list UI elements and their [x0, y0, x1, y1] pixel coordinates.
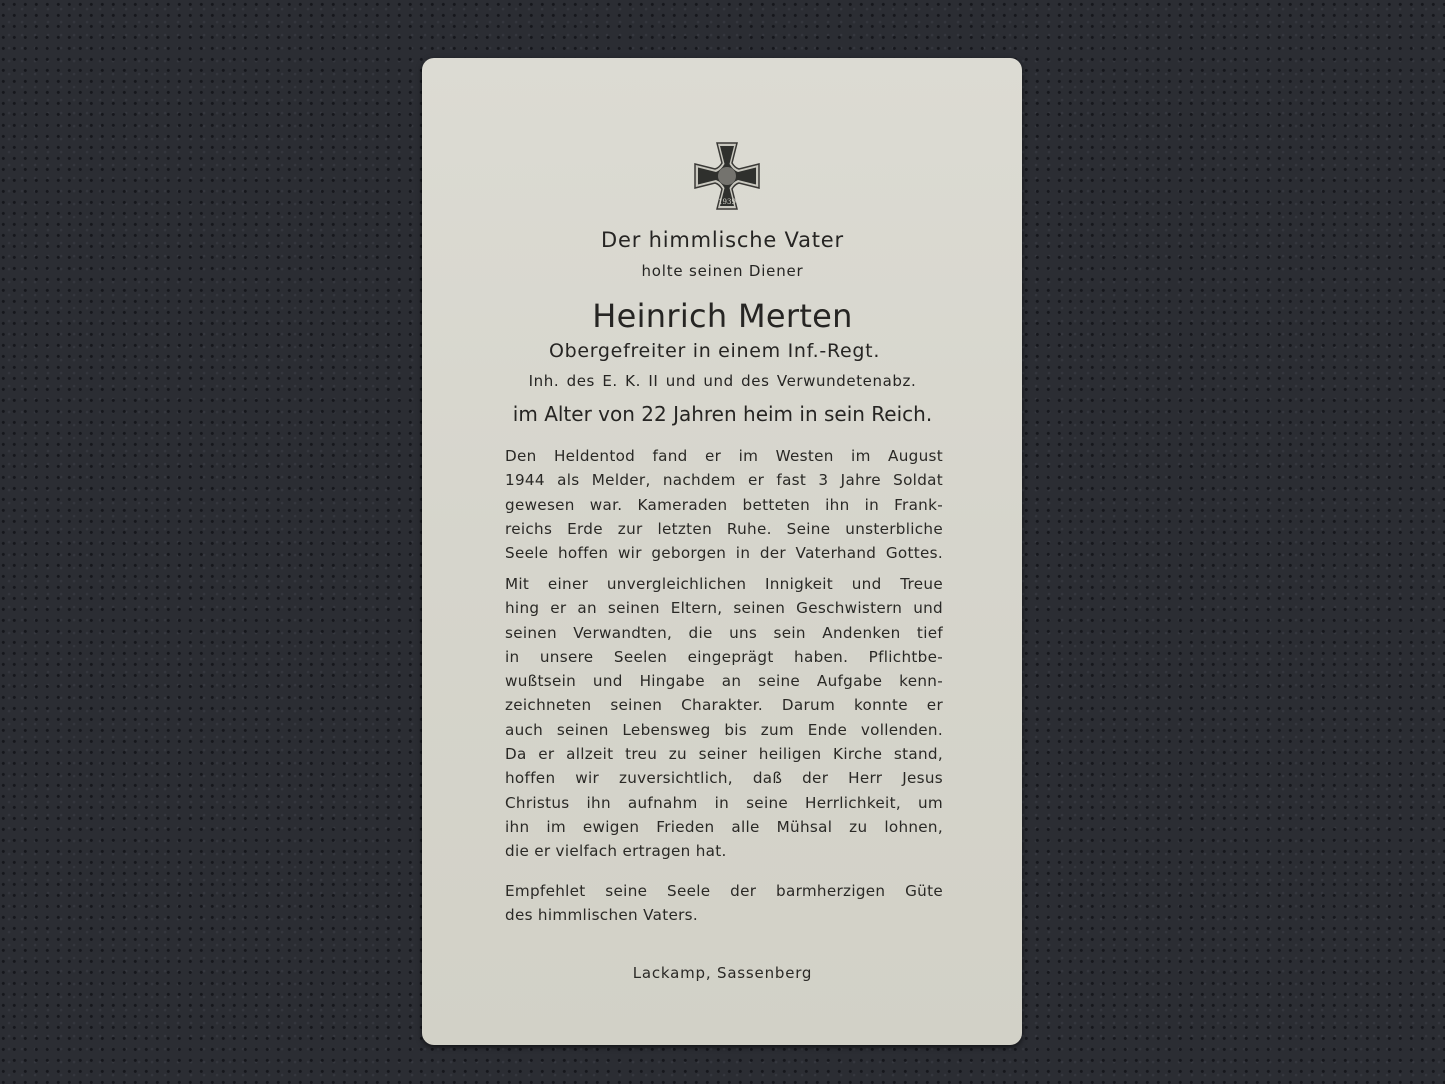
iron-cross-icon: 1939: [693, 141, 761, 211]
text-line: Mit einer unvergleichlichen Innigkeit un…: [505, 572, 943, 596]
printer-imprint: Lackamp, Sassenberg: [0, 964, 1445, 982]
age-line: im Alter von 22 Jahren heim in sein Reic…: [0, 402, 1445, 426]
text-line: zeichneten seinen Charakter. Darum konnt…: [505, 693, 943, 717]
text-line: wußtsein und Hingabe an seine Aufgabe ke…: [505, 669, 943, 693]
text-line: Den Heldentod fand er im Westen im Augus…: [505, 444, 943, 468]
text-line: die er vielfach ertragen hat.: [505, 839, 943, 863]
paragraph-death-circumstances: Den Heldentod fand er im Westen im Augus…: [505, 444, 943, 565]
paragraph-character: Mit einer unvergleichlichen Innigkeit un…: [505, 572, 943, 864]
text-line: hoffen wir zuversichtlich, daß der Herr …: [505, 766, 943, 790]
text-line: in unsere Seelen eingeprägt haben. Pflic…: [505, 645, 943, 669]
text-line: auch seinen Lebensweg bis zum Ende volle…: [505, 718, 943, 742]
text-line: Empfehlet seine Seele der barmherzigen G…: [505, 879, 943, 903]
deceased-name: Heinrich Merten: [0, 297, 1445, 335]
text-line: 1944 als Melder, nachdem er fast 3 Jahre…: [505, 468, 943, 492]
text-line: reichs Erde zur letzten Ruhe. Seine unst…: [505, 517, 943, 541]
heading-line-1: Der himmlische Vater: [0, 228, 1445, 252]
heading-line-2: holte seinen Diener: [0, 262, 1445, 280]
text-line: des himmlischen Vaters.: [505, 903, 943, 927]
text-line: seinen Verwandten, die uns sein Andenken…: [505, 621, 943, 645]
text-line: Da er allzeit treu zu seiner heiligen Ki…: [505, 742, 943, 766]
text-line: Seele hoffen wir geborgen in der Vaterha…: [505, 541, 943, 565]
text-line: Christus ihn aufnahm in seine Herrlichke…: [505, 791, 943, 815]
awards-line: Inh. des E. K. II und und des Verwundete…: [0, 372, 1445, 390]
paragraph-closing-prayer: Empfehlet seine Seele der barmherzigen G…: [505, 879, 943, 928]
military-rank: Obergefreiter in einem Inf.-Regt.: [0, 340, 1437, 362]
text-line: ihn im ewigen Frieden alle Mühsal zu loh…: [505, 815, 943, 839]
text-line: gewesen war. Kameraden betteten ihn in F…: [505, 493, 943, 517]
cross-year: 1939: [718, 198, 736, 206]
text-line: hing er an seinen Eltern, seinen Geschwi…: [505, 596, 943, 620]
